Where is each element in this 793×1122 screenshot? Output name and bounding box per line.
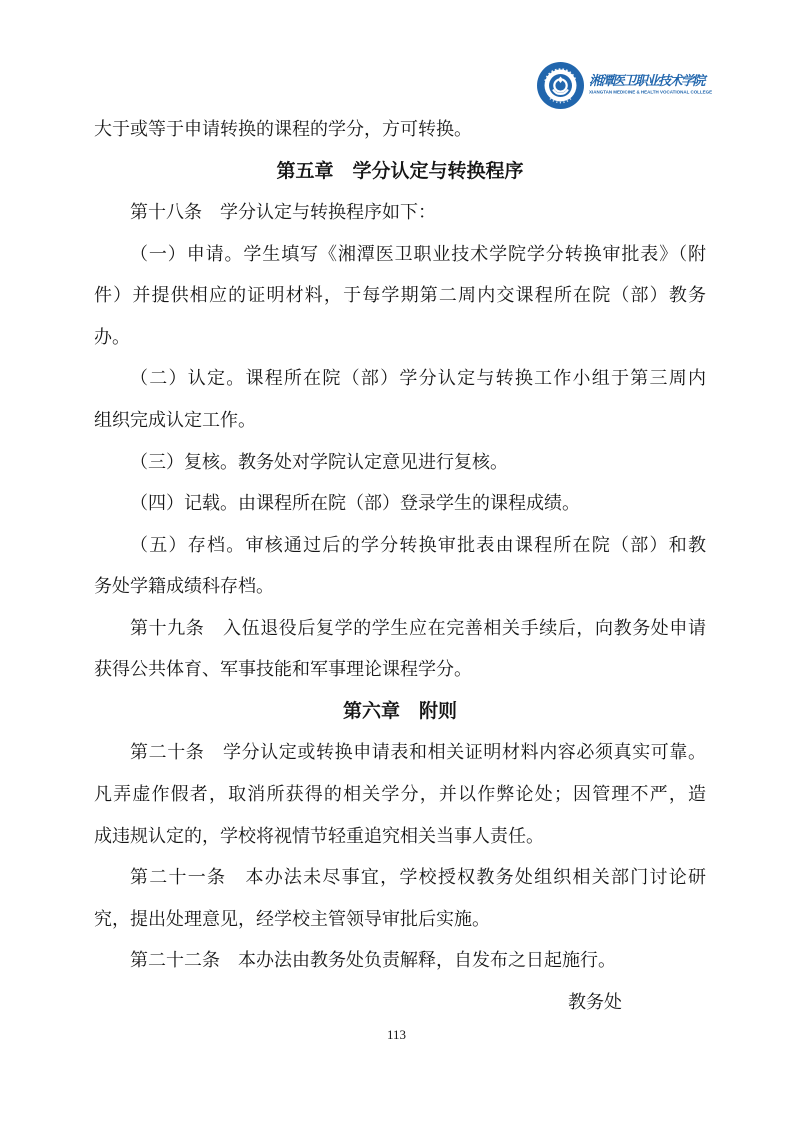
- signature-line: 教务处: [94, 982, 706, 1024]
- text-line: 成违规认定的，学校将视情节轻重追究相关当事人责任。: [94, 816, 706, 858]
- text-line: （五）存档。审核通过后的学分转换审批表由课程所在院（部）和教: [94, 525, 706, 567]
- text-line: 办。: [94, 317, 706, 359]
- text-line: （二）认定。课程所在院（部）学分认定与转换工作小组于第三周内: [94, 358, 706, 400]
- text-line: 第二十二条 本办法由教务处负责解释，自发布之日起施行。: [94, 940, 706, 982]
- document-page: 湘潭医卫职业技术学院 XIANGTAN MEDICINE & HEALTH VO…: [0, 0, 793, 1122]
- text-line: 凡弄虚作假者，取消所获得的相关学分，并以作弊论处；因管理不严，造: [94, 774, 706, 816]
- college-logo: 湘潭医卫职业技术学院 XIANGTAN MEDICINE & HEALTH VO…: [537, 62, 793, 109]
- text-line: 件）并提供相应的证明材料，于每学期第二周内交课程所在院（部）教务: [94, 275, 706, 317]
- chapter-heading: 第五章 学分认定与转换程序: [94, 151, 706, 193]
- text-line: （三）复核。教务处对学院认定意见进行复核。: [94, 442, 706, 484]
- college-seal-icon: [537, 62, 584, 109]
- document-body: 大于或等于申请转换的课程的学分，方可转换。第五章 学分认定与转换程序第十八条 学…: [94, 109, 706, 1023]
- text-line: 务处学籍成绩科存档。: [94, 566, 706, 608]
- text-line: 第二十一条 本办法未尽事宜，学校授权教务处组织相关部门讨论研: [94, 857, 706, 899]
- text-line: 大于或等于申请转换的课程的学分，方可转换。: [94, 109, 706, 151]
- text-line: 第二十条 学分认定或转换申请表和相关证明材料内容必须真实可靠。: [94, 732, 706, 774]
- text-line: 获得公共体育、军事技能和军事理论课程学分。: [94, 649, 706, 691]
- college-name-chinese: 湘潭医卫职业技术学院: [589, 73, 793, 89]
- text-line: （四）记载。由课程所在院（部）登录学生的课程成绩。: [94, 483, 706, 525]
- text-line: （一）申请。学生填写《湘潭医卫职业技术学院学分转换审批表》（附: [94, 234, 706, 276]
- text-line: 究，提出处理意见，经学校主管领导审批后实施。: [94, 899, 706, 941]
- text-line: 第十八条 学分认定与转换程序如下：: [94, 192, 706, 234]
- college-name-english: XIANGTAN MEDICINE & HEALTH VOCATIONAL CO…: [589, 89, 712, 95]
- college-logo-text: 湘潭医卫职业技术学院 XIANGTAN MEDICINE & HEALTH VO…: [589, 73, 793, 98]
- chapter-heading: 第六章 附则: [94, 691, 706, 733]
- text-line: 组织完成认定工作。: [94, 400, 706, 442]
- text-line: 第十九条 入伍退役后复学的学生应在完善相关手续后，向教务处申请: [94, 608, 706, 650]
- page-number: 113: [0, 1026, 793, 1044]
